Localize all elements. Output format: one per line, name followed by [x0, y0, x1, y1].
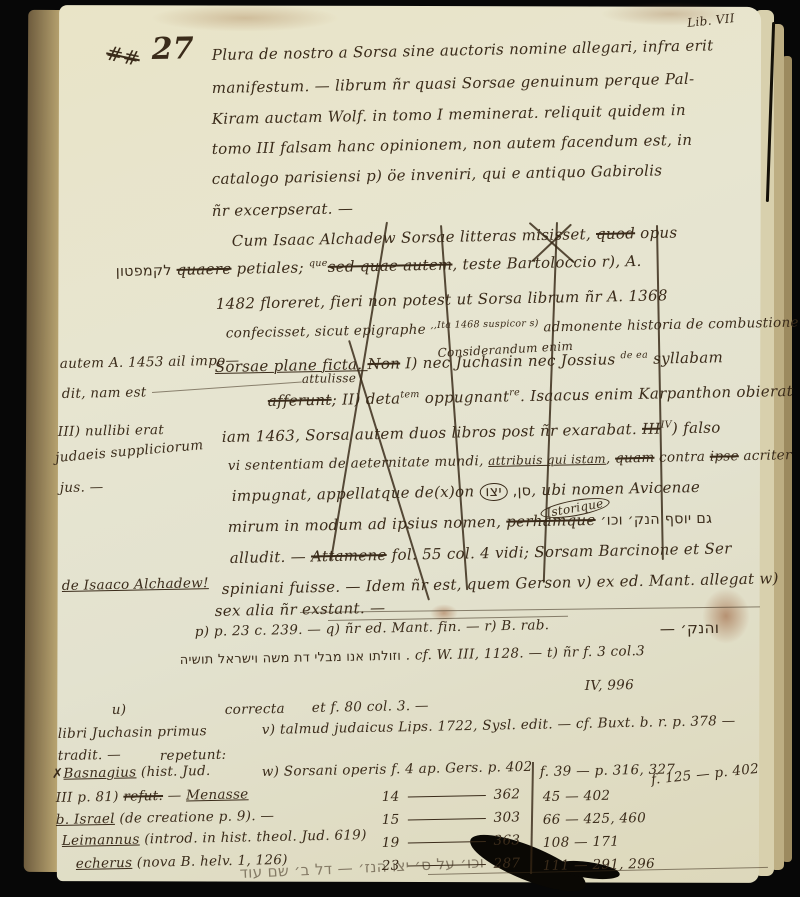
- manuscript-photo: Lib. VII ## 27 Plura de nostro a Sorsa s…: [0, 0, 800, 897]
- footnote-line: tradit. —: [58, 747, 121, 764]
- footnote-line: et f. 80 col. 3. —: [312, 698, 429, 716]
- ditto-dash: [408, 818, 486, 820]
- reference-item: ✗Basnagius (hist. Jud.: [52, 763, 211, 782]
- interlinear-note: attulisse: [302, 371, 357, 386]
- table-row: 45 — 402: [543, 788, 611, 805]
- footnote-line: libri Juchasin primus: [58, 723, 207, 742]
- margin-note: dit, nam est: [62, 384, 147, 402]
- text-line: sex alia ñr exstant. —: [215, 599, 386, 620]
- table-row: 108 — 171: [543, 834, 620, 851]
- entry-number: 27: [151, 31, 194, 67]
- margin-note: de Isaaco Alchadew!: [62, 575, 209, 594]
- footnote-hebrew: — והנק׳: [660, 619, 720, 638]
- table-row: 66 — 425, 460: [543, 810, 647, 828]
- margin-note: jus. —: [60, 479, 104, 496]
- footnote-line: correcta: [225, 701, 285, 718]
- footnote-marker: u): [112, 702, 127, 718]
- footnote-line: repetunt:: [160, 747, 227, 764]
- table-row: 14362: [382, 786, 521, 805]
- margin-note: III) nullibi erat: [58, 422, 164, 440]
- table-row: 15303: [382, 809, 521, 828]
- ditto-dash: [408, 795, 486, 797]
- footnote-line: IV, 996: [585, 677, 634, 694]
- table-row: 19363: [382, 832, 521, 851]
- text-line: ñr excerpserat. —: [212, 199, 354, 220]
- ditto-dash: [408, 841, 486, 843]
